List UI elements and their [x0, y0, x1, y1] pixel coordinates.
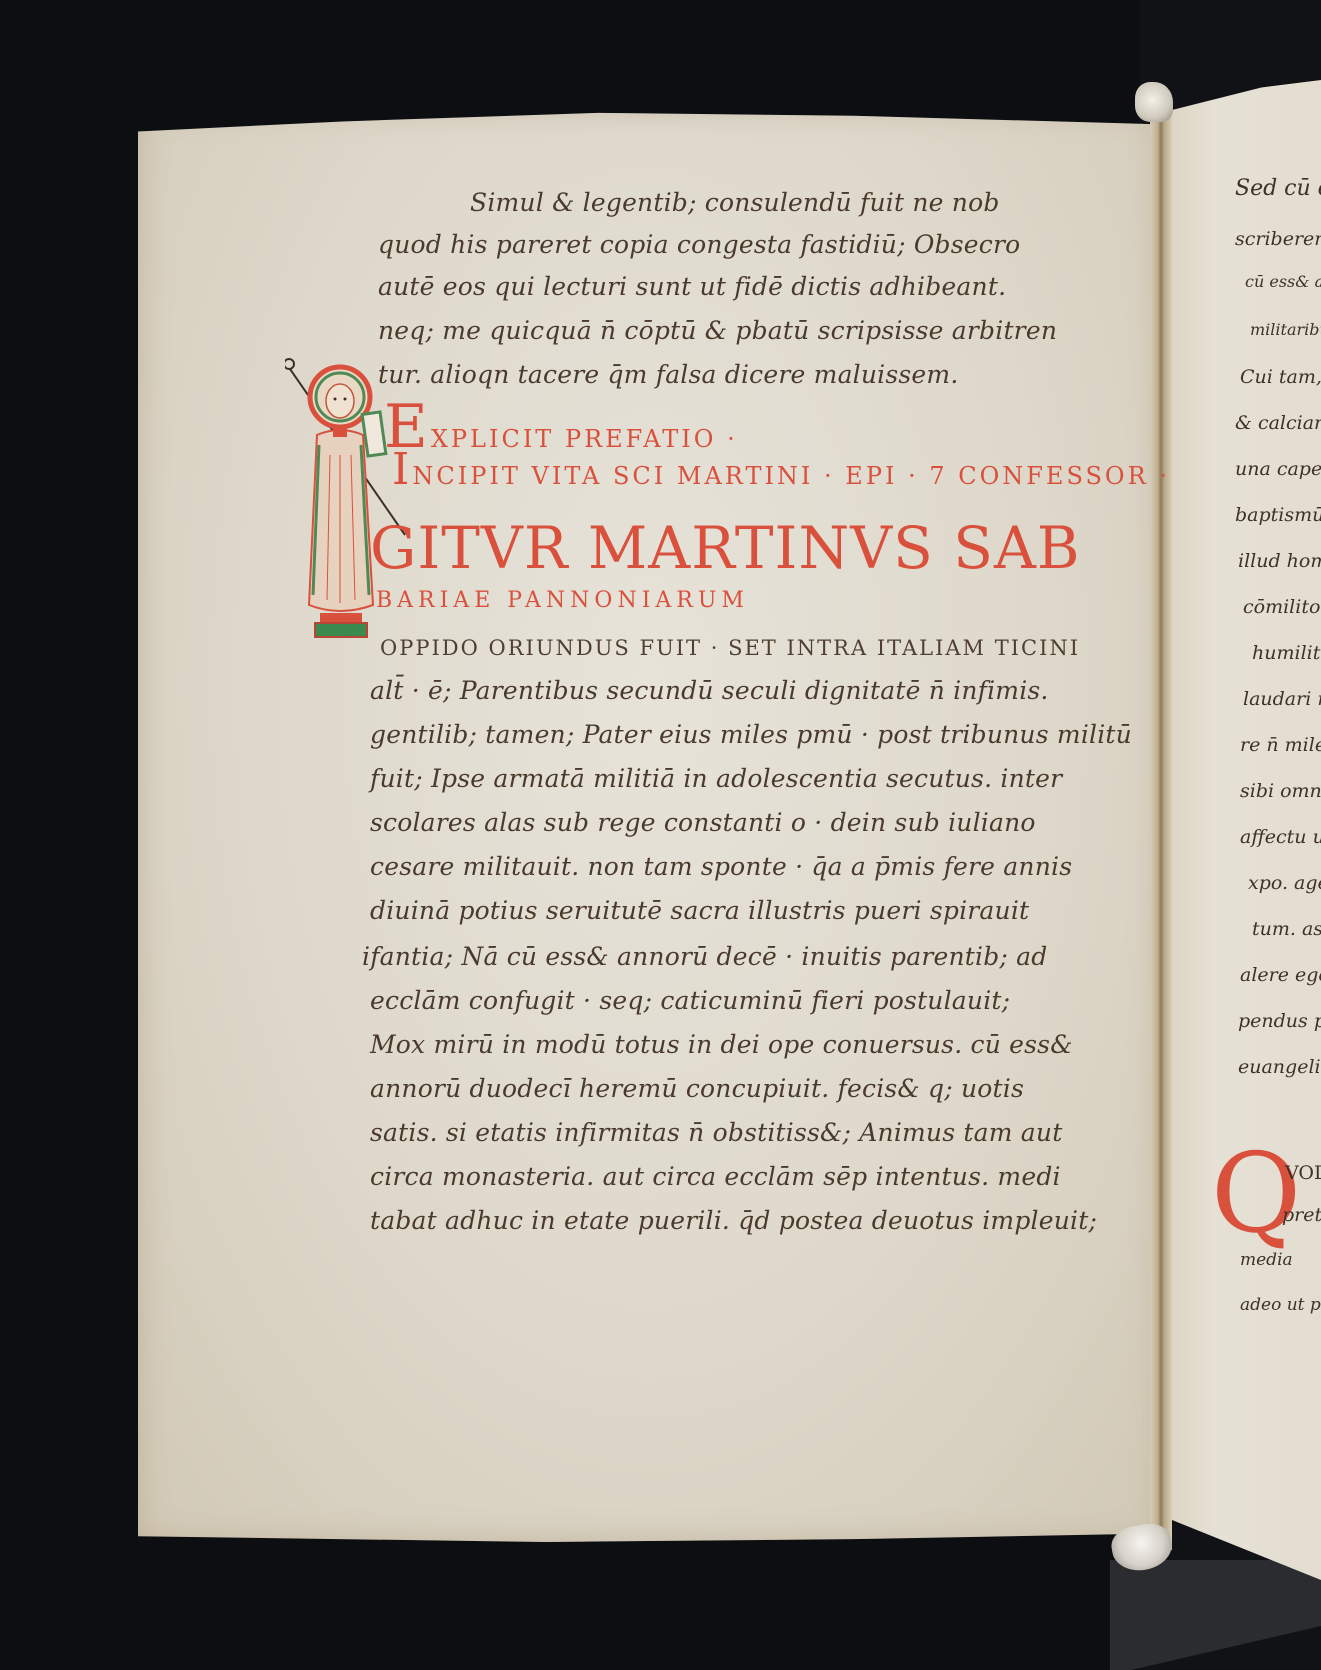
body-line-9: Mox mirū in modū totus in dei ope conuer…	[370, 1030, 1073, 1059]
caps-line: OPPIDO ORIUNDUS FUIT · SET INTRA ITALIAM…	[380, 636, 1080, 660]
rubric-initial-i: I	[392, 444, 412, 495]
body-line-10: annorū duodecī heremū concupiuit. fecis&…	[370, 1074, 1024, 1103]
recto-line-6: & calciamta	[1235, 412, 1321, 434]
recto-line-15: affectu uer	[1240, 826, 1321, 848]
body-line-8: ecclām confugit · seq; caticuminū fieri …	[370, 986, 1010, 1015]
incipit-display-line: GITVR MARTINVS SAB	[370, 514, 1081, 582]
recto-line-9: illud hom	[1238, 550, 1321, 572]
recto-line-5: Cui tam, uice	[1240, 366, 1321, 388]
preface-line-2: quod his pareret copia congesta fastidiū…	[378, 230, 1020, 259]
preface-line-3: autē eos qui lecturi sunt ut fidē dictis…	[378, 272, 1006, 301]
recto-after-q-1: VODA	[1285, 1162, 1321, 1184]
body-line-13: tabat adhuc in etate puerili. q̄d postea…	[370, 1206, 1097, 1235]
recto-line-1: Sed cū edic	[1235, 176, 1321, 201]
preface-line-1: Simul & legentib; consulendū fuit ne nob	[470, 188, 1000, 217]
body-line-3: fuit; Ipse armatā militiā in adolescenti…	[370, 764, 1062, 793]
recto-line-8: baptismū	[1235, 504, 1321, 526]
recto-after-q-4: adeo ut plero	[1240, 1295, 1321, 1315]
preface-line-5: tur. alioqn tacere q̄m falsa dicere malu…	[378, 360, 958, 389]
recto-line-14: sibi omni	[1240, 780, 1321, 802]
recto-line-4: militaribus	[1250, 320, 1321, 339]
body-line-7: ifantia; Nā cū ess& annorū decē · inuiti…	[362, 942, 1047, 971]
body-line-1: alt̄ · ē; Parentibus secundū seculi dign…	[370, 676, 1049, 705]
body-line-12: circa monasteria. aut circa ecclām sēp i…	[370, 1162, 1061, 1191]
body-line-2: gentilib; tamen; Pater eius miles pmū · …	[370, 720, 1132, 749]
rubric-incipit: INCIPIT VITA SCI MARTINI · EPI · 7 CONFE…	[392, 444, 1170, 495]
recto-line-11: humilitat	[1252, 642, 1321, 664]
recto-line-16: xpo. ageb	[1248, 872, 1321, 894]
incipit-second-line: BARIAE PANNONIARUM	[376, 588, 749, 613]
preface-line-4: neq; me quicquā n̄ cōptū & pbatū scripsi…	[378, 316, 1057, 345]
recto-line-10: cōmilitone	[1243, 596, 1321, 618]
recto-line-18: alere egen	[1240, 964, 1321, 986]
recto-line-19: pendus pr	[1238, 1010, 1321, 1032]
recto-line-20: euangelii n̄	[1238, 1056, 1321, 1078]
body-line-5: cesare militauit. non tam sponte · q̄a a…	[370, 852, 1072, 881]
recto-after-q-2: pret	[1282, 1204, 1321, 1226]
body-line-4: scolares alas sub rege constanti o · dei…	[370, 808, 1036, 837]
body-line-6: diuinā potius seruitutē sacra illustris …	[370, 896, 1029, 925]
rubric-incipit-text: NCIPIT VITA SCI MARTINI · EPI · 7 CONFES…	[412, 462, 1170, 490]
recto-line-12: laudari n̄	[1243, 688, 1321, 710]
recto-initial-q: Q	[1211, 1138, 1301, 1248]
recto-line-7: una capent	[1235, 458, 1321, 480]
recto-after-q-3: media	[1240, 1250, 1293, 1270]
verso-text-block: Simul & legentib; consulendū fuit ne nob…	[0, 0, 1321, 1670]
recto-line-17: tum. assi	[1252, 918, 1321, 940]
recto-line-2: scriberent	[1235, 228, 1321, 250]
recto-line-13: re n̄ miles.	[1240, 734, 1321, 756]
recto-line-3: cū ess& anno	[1245, 272, 1321, 291]
body-line-11: satis. si etatis infirmitas n̄ obstitiss…	[370, 1118, 1062, 1147]
